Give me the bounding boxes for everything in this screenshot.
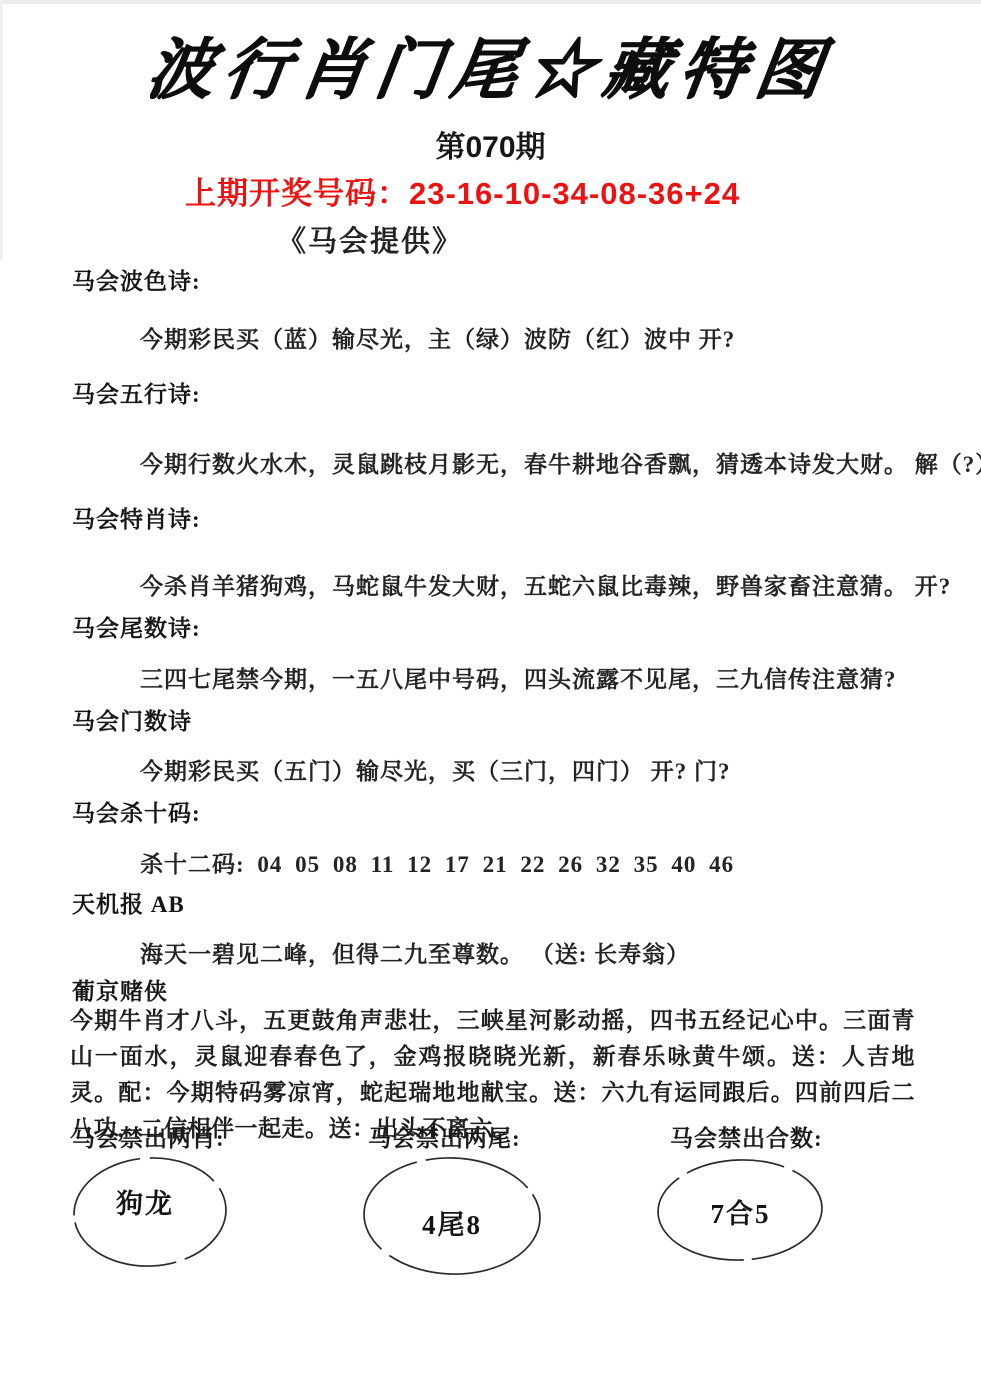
section-heading-texiao: 马会特肖诗: <box>72 501 201 534</box>
forbidden-tail-value: 4尾8 <box>397 1203 507 1242</box>
last-draw-numbers: 上期开奖号码：23-16-10-34-08-36+24 <box>185 168 740 213</box>
section-heading-bose: 马会波色诗: <box>72 263 201 296</box>
ban-label-two-tails: 马会禁出两尾: <box>368 1120 521 1153</box>
section-heading-tianjibao: 天机报 AB <box>72 886 185 919</box>
forbidden-sum-value: 7合5 <box>688 1192 793 1231</box>
section-heading-shashima: 马会杀十码: <box>72 795 201 828</box>
section-heading-pujingduxia: 葡京赌侠 <box>72 973 168 1006</box>
tipsheet-page: 波行肖门尾☆藏特图 第070期 上期开奖号码：23-16-10-34-08-36… <box>0 0 981 1388</box>
section-poem-wuxing: 今期行数火水木，灵鼠跳枝月影无，春牛耕地谷香飘，猜透本诗发大财。 解（?） <box>140 446 981 479</box>
section-heading-wuxing: 马会五行诗: <box>72 376 201 409</box>
section-poem-weishu: 三四七尾禁今期，一五八尾中号码，四头流露不见尾，三九信传注意猜? <box>140 661 897 694</box>
section-kill-numbers: 杀十二码: 04 05 08 11 12 17 21 22 26 32 35 4… <box>140 846 734 879</box>
provider-line: 《马会提供》 <box>277 219 463 260</box>
ban-label-sum: 马会禁出合数: <box>670 1120 823 1153</box>
section-heading-menshu: 马会门数诗 <box>72 703 192 736</box>
section-poem-bose: 今期彩民买（蓝）输尽光，主（绿）波防（红）波中 开? <box>140 321 735 354</box>
page-title: 波行肖门尾☆藏特图 <box>0 16 981 111</box>
issue-number: 第070期 <box>0 122 981 166</box>
section-poem-menshu: 今期彩民买（五门）输尽光，买（三门，四门） 开? 门? <box>140 753 731 786</box>
ban-label-two-zodiac: 马会禁出两肖: <box>72 1120 225 1153</box>
scan-edge-top <box>0 0 981 4</box>
forbidden-zodiac-value: 狗龙 <box>95 1182 195 1221</box>
section-poem-tianjibao: 海天一碧见二峰，但得二九至尊数。 （送: 长寿翁） <box>140 936 690 969</box>
section-poem-texiao: 今杀肖羊猪狗鸡，马蛇鼠牛发大财，五蛇六鼠比毒辣，野兽家畜注意猜。 开? <box>140 568 951 601</box>
section-heading-weishu: 马会尾数诗: <box>72 610 201 643</box>
